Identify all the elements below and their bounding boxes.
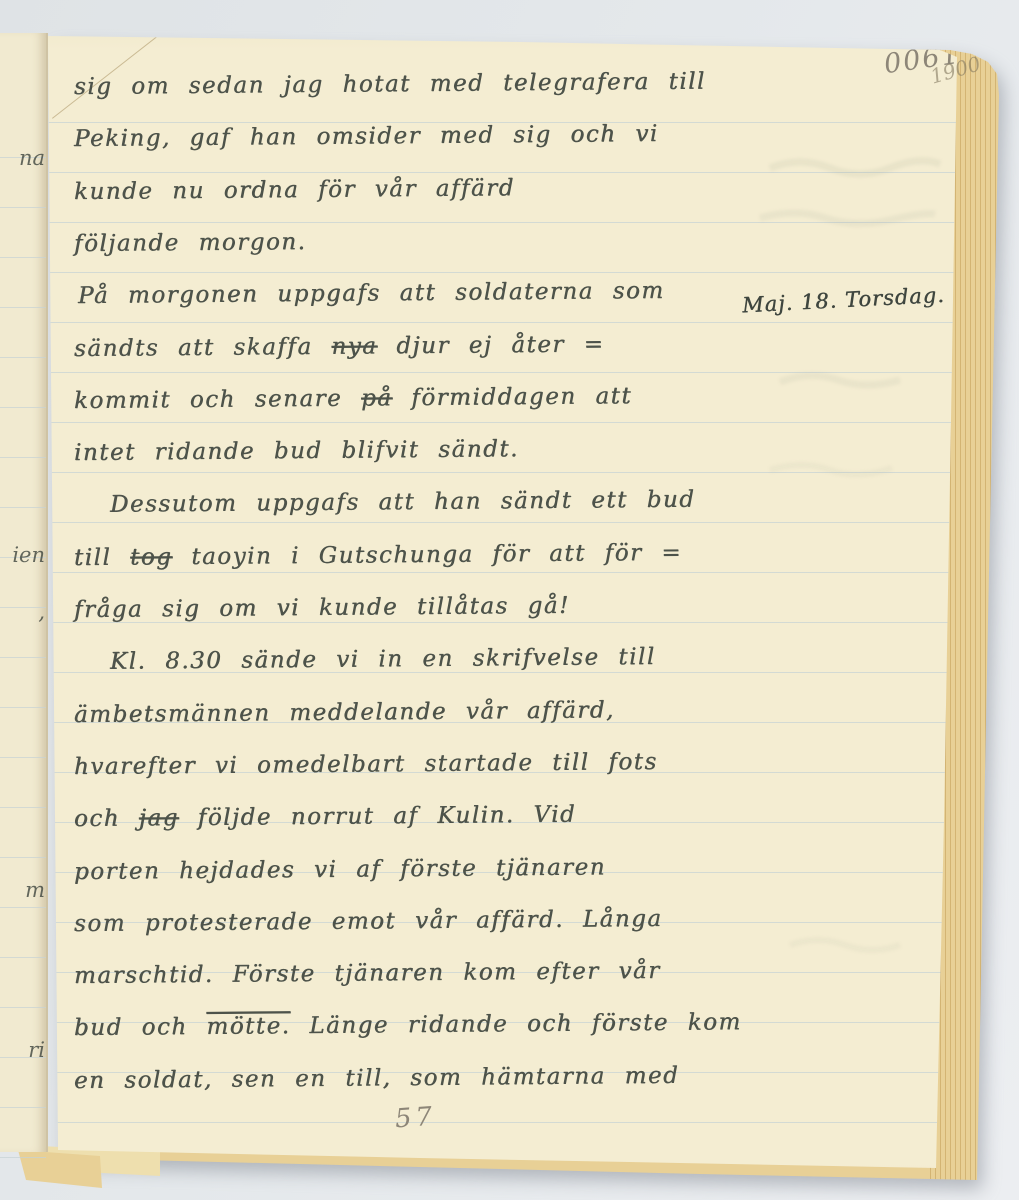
handwriting-text: en soldat, sen en till, som hämtarna med bbox=[74, 1062, 680, 1093]
handwriting-text: taoyin i Gutschunga för att för = bbox=[172, 539, 682, 569]
facing-page-fragment: ri bbox=[28, 1038, 45, 1062]
handwriting-word-strike: jag bbox=[139, 805, 179, 831]
handwriting-line: ämbetsmännen meddelande vår affärd, bbox=[74, 697, 615, 728]
handwriting-line: kommit och senare på förmiddagen att bbox=[74, 383, 632, 414]
handwriting-text: sändts att skaffa bbox=[74, 333, 332, 361]
handwriting-text: följde norrut af Kulin. Vid bbox=[179, 802, 576, 831]
handwriting-word-strike: nya bbox=[331, 333, 377, 359]
handwriting-line: till tog taoyin i Gutschunga för att för… bbox=[74, 539, 682, 570]
handwriting-text: ämbetsmännen meddelande vår affärd, bbox=[74, 697, 615, 728]
handwriting-line: hvarefter vi omedelbart startade till fo… bbox=[74, 749, 658, 780]
facing-page-fragment: m bbox=[25, 878, 45, 902]
handwriting-line: fråga sig om vi kunde tillåtas gå! bbox=[74, 593, 570, 623]
diary-page-photo: naien,mri sig om sedan jag hotat med tel… bbox=[0, 0, 1019, 1200]
handwriting-line: Peking, gaf han omsider med sig och vi bbox=[74, 121, 659, 152]
facing-page-fragment: na bbox=[19, 146, 45, 170]
handwriting-text: fråga sig om vi kunde tillåtas gå! bbox=[74, 593, 570, 623]
ruled-lines-left bbox=[0, 157, 46, 1162]
facing-page-fragment: ien bbox=[12, 543, 45, 567]
handwriting-word-strike: på bbox=[361, 385, 393, 411]
handwriting-text: kunde nu ordna för vår affärd bbox=[74, 175, 515, 205]
handwriting-line: som protesterade emot vår affärd. Långa bbox=[74, 906, 663, 937]
handwriting-text: kommit och senare bbox=[74, 385, 361, 414]
handwriting-text: sig om sedan jag hotat med telegrafera t… bbox=[74, 68, 706, 100]
handwriting-line: sändts att skaffa nya djur ej åter = bbox=[74, 331, 605, 362]
diary-page: sig om sedan jag hotat med telegrafera t… bbox=[0, 0, 1019, 1200]
handwriting-text: hvarefter vi omedelbart startade till fo… bbox=[74, 749, 658, 780]
handwriting-text: marschtid. Förste tjänaren kom efter vår bbox=[74, 958, 661, 989]
handwriting-line: intet ridande bud blifvit sändt. bbox=[74, 436, 519, 466]
handwriting-text: intet ridande bud blifvit sändt. bbox=[74, 436, 519, 466]
handwriting-line: sig om sedan jag hotat med telegrafera t… bbox=[74, 68, 706, 100]
handwriting-text: och bbox=[74, 806, 139, 833]
handwriting-text: djur ej åter = bbox=[377, 331, 604, 359]
handwriting-text: förmiddagen att bbox=[392, 383, 632, 411]
handwriting-line: På morgonen uppgafs att soldaterna som bbox=[74, 278, 665, 309]
handwriting-line: marschtid. Förste tjänaren kom efter vår bbox=[74, 958, 661, 989]
facing-page-fragment: , bbox=[38, 600, 45, 624]
handwriting-line: kunde nu ordna för vår affärd bbox=[74, 175, 515, 205]
handwriting-line: och jag följde norrut af Kulin. Vid bbox=[74, 802, 576, 832]
handwriting-word-strike: tog bbox=[130, 544, 173, 570]
facing-page-strip: naien,mri bbox=[0, 33, 48, 1152]
handwriting-text: Peking, gaf han omsider med sig och vi bbox=[74, 121, 659, 152]
handwriting-text: till bbox=[74, 544, 130, 570]
handwriting-text: Kl. 8.30 sände vi in en skrifvelse till bbox=[110, 644, 656, 675]
page-number: 57 bbox=[394, 1102, 437, 1135]
handwriting-line: en soldat, sen en till, som hämtarna med bbox=[74, 1062, 680, 1093]
handwriting-word-overline: mötte. bbox=[206, 1014, 290, 1041]
handwriting-line: Kl. 8.30 sände vi in en skrifvelse till bbox=[74, 644, 656, 675]
handwriting-text: Länge ridande och förste kom bbox=[290, 1010, 741, 1040]
handwriting-line: följande morgon. bbox=[74, 229, 307, 257]
handwriting-text: bud och bbox=[74, 1014, 207, 1041]
handwriting-line: porten hejdades vi af förste tjänaren bbox=[74, 854, 606, 885]
handwriting-text: På morgonen uppgafs att soldaterna som bbox=[78, 278, 665, 309]
handwriting-text: följande morgon. bbox=[74, 229, 307, 257]
handwriting-text: porten hejdades vi af förste tjänaren bbox=[74, 854, 606, 885]
handwriting-text: som protesterade emot vår affärd. Långa bbox=[74, 906, 663, 937]
